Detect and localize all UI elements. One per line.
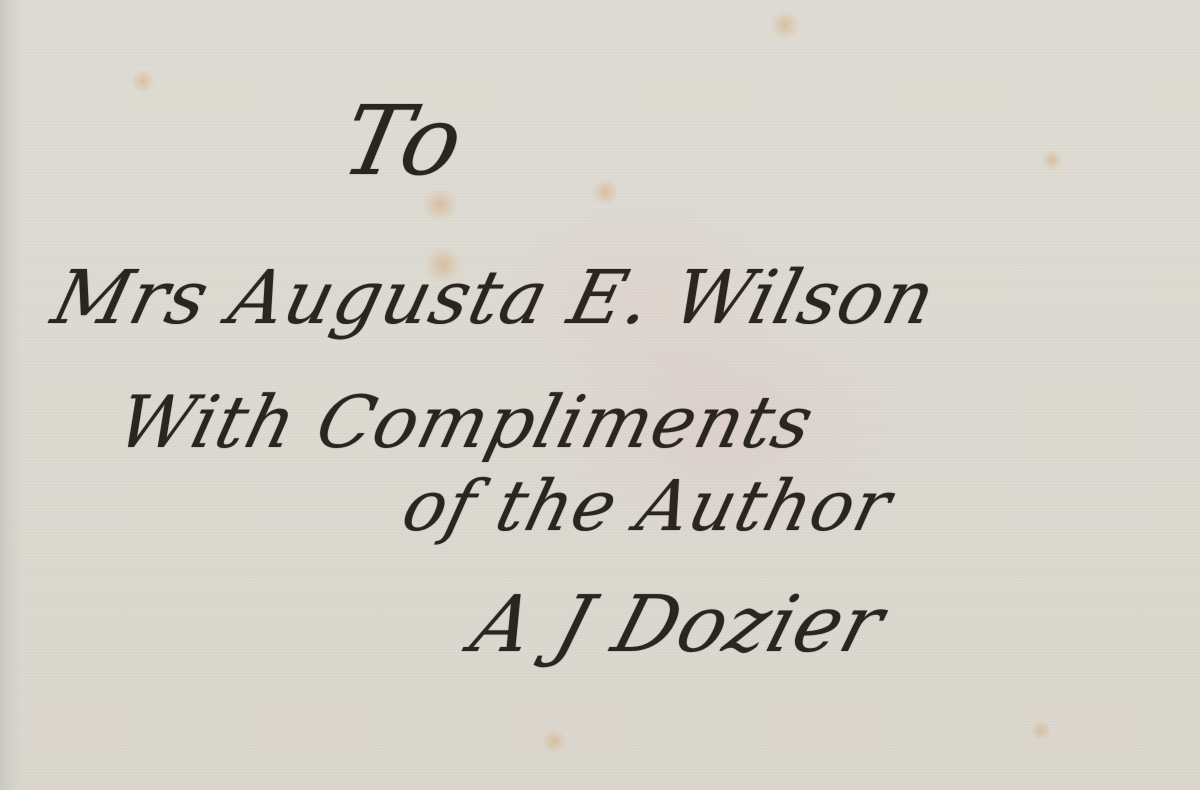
- foxing-stain: [590, 180, 620, 204]
- compliments-line: With Compliments: [110, 380, 823, 464]
- foxing-stain: [770, 10, 800, 40]
- foxing-stain: [540, 730, 568, 752]
- foxing-stain: [1030, 720, 1052, 740]
- salutation-text: To: [333, 85, 473, 197]
- foxing-stain: [1040, 150, 1064, 170]
- author-line: of the Author: [395, 465, 900, 547]
- page-edge-shadow: [0, 0, 22, 790]
- recipient-name: Mrs Augusta E. Wilson: [44, 255, 944, 341]
- author-signature: A J Dozier: [462, 580, 894, 670]
- foxing-stain: [130, 70, 156, 92]
- paper-page: To Mrs Augusta E. Wilson With Compliment…: [0, 0, 1200, 790]
